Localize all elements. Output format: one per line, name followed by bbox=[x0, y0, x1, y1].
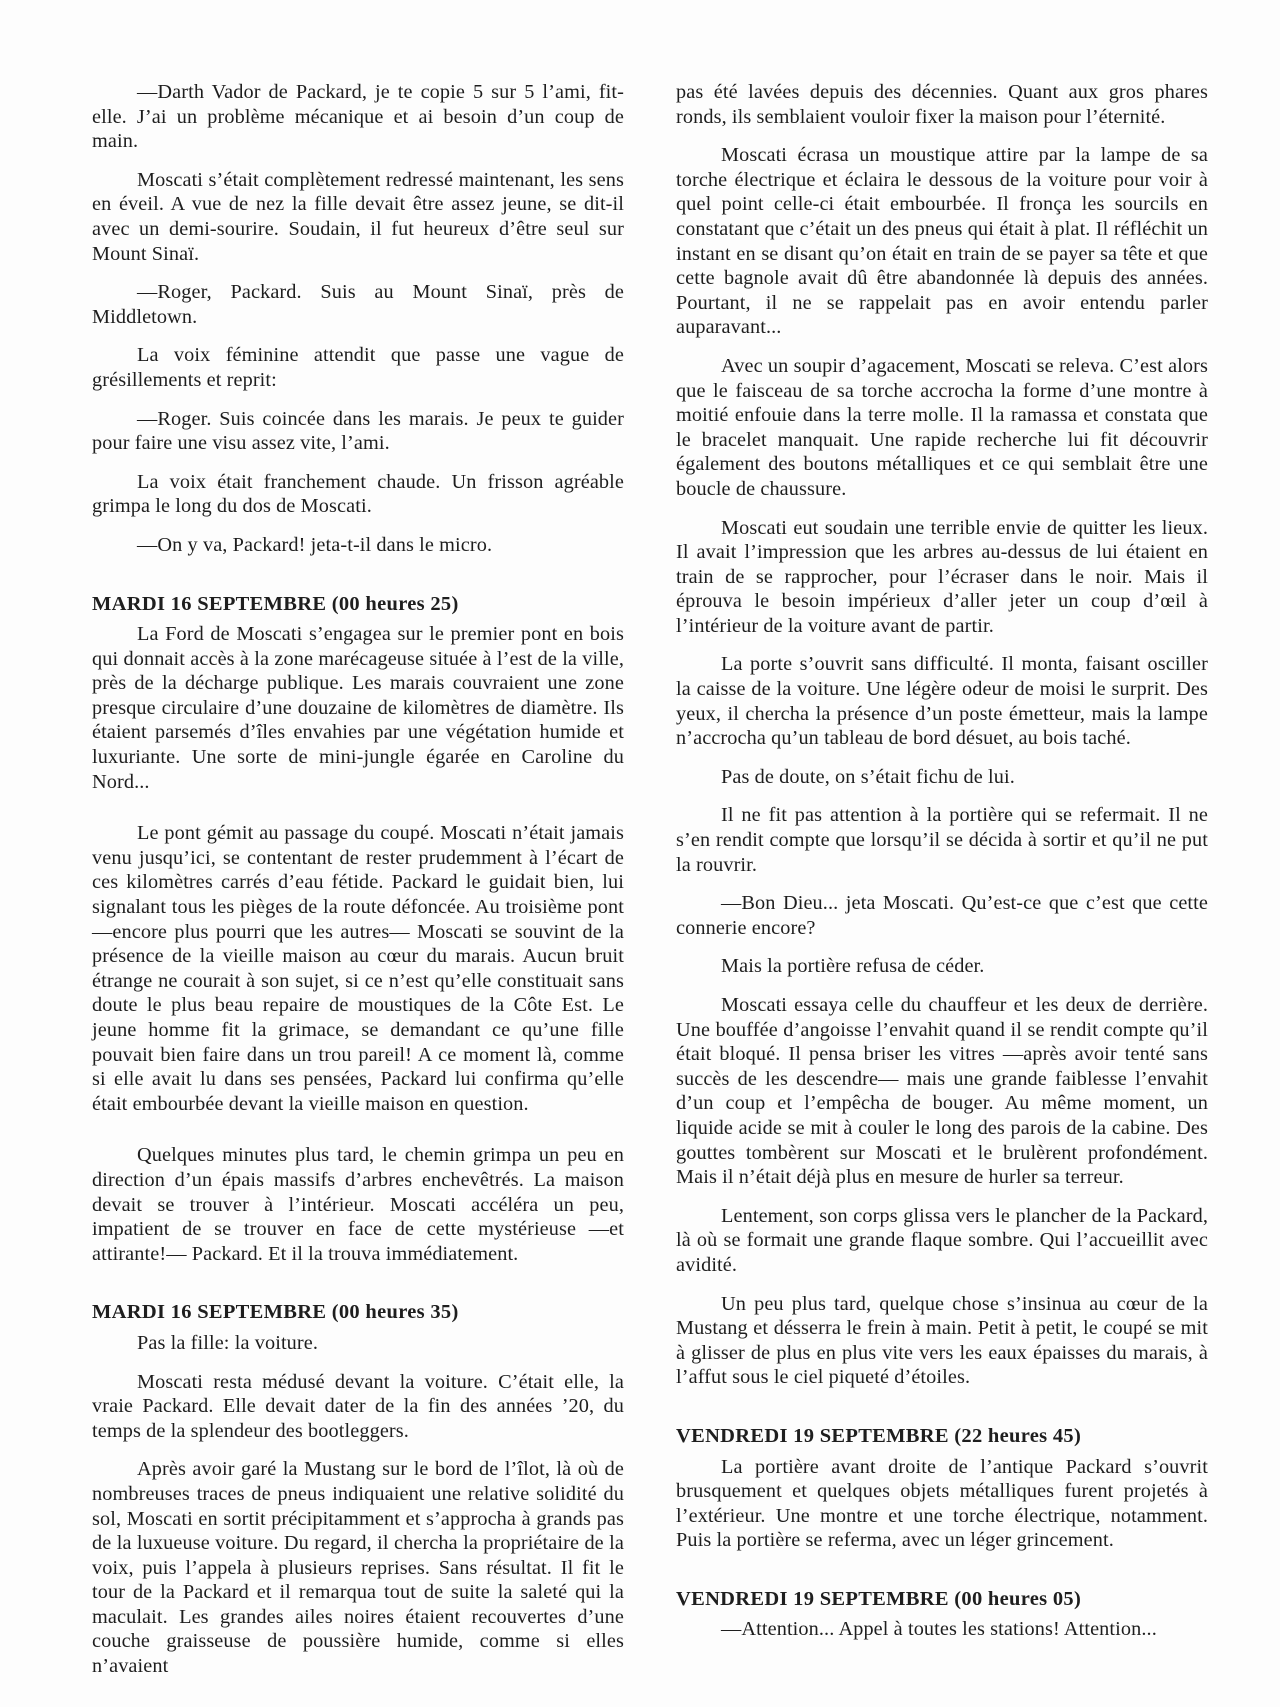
paragraph: Le pont gémit au passage du coupé. Mosca… bbox=[92, 821, 624, 1116]
paragraph: —Attention... Appel à toutes les station… bbox=[676, 1617, 1208, 1642]
paragraph: Avec un soupir d’agacement, Moscati se r… bbox=[676, 354, 1208, 502]
section-heading: VENDREDI 19 SEPTEMBRE (22 heures 45) bbox=[676, 1424, 1208, 1449]
paragraph: La Ford de Moscati s’engagea sur le prem… bbox=[92, 622, 624, 794]
paragraph: Quelques minutes plus tard, le chemin gr… bbox=[92, 1143, 624, 1266]
paragraph: —Bon Dieu... jeta Moscati. Qu’est-ce que… bbox=[676, 891, 1208, 940]
paragraph: Lentement, son corps glissa vers le plan… bbox=[676, 1204, 1208, 1278]
paragraph: La voix était franchement chaude. Un fri… bbox=[92, 470, 624, 519]
paragraph: Un peu plus tard, quelque chose s’insinu… bbox=[676, 1292, 1208, 1390]
paragraph: Il ne fit pas attention à la portière qu… bbox=[676, 803, 1208, 877]
paragraph: Moscati écrasa un moustique attire par l… bbox=[676, 143, 1208, 340]
paragraph: Moscati eut soudain une terrible envie d… bbox=[676, 516, 1208, 639]
paragraph: Moscati s’était complètement redressé ma… bbox=[92, 168, 624, 266]
paragraph: —Roger, Packard. Suis au Mount Sinaï, pr… bbox=[92, 280, 624, 329]
paragraph: —On y va, Packard! jeta-t-il dans le mic… bbox=[92, 533, 624, 558]
paragraph: Mais la portière refusa de céder. bbox=[676, 954, 1208, 979]
paragraph-continued: pas été lavées depuis des décennies. Qua… bbox=[676, 80, 1208, 129]
left-column: —Darth Vador de Packard, je te copie 5 s… bbox=[92, 80, 624, 1693]
section-heading: VENDREDI 19 SEPTEMBRE (00 heures 05) bbox=[676, 1587, 1208, 1612]
paragraph: —Darth Vador de Packard, je te copie 5 s… bbox=[92, 80, 624, 154]
scanned-page: —Darth Vador de Packard, je te copie 5 s… bbox=[0, 0, 1280, 1707]
paragraph: Après avoir garé la Mustang sur le bord … bbox=[92, 1457, 624, 1678]
paragraph: La porte s’ouvrit sans difficulté. Il mo… bbox=[676, 652, 1208, 750]
paragraph: Pas de doute, on s’était fichu de lui. bbox=[676, 765, 1208, 790]
paragraph: La voix féminine attendit que passe une … bbox=[92, 343, 624, 392]
paragraph: Moscati essaya celle du chauffeur et les… bbox=[676, 993, 1208, 1190]
paragraph: Pas la fille: la voiture. bbox=[92, 1331, 624, 1356]
right-column: pas été lavées depuis des décennies. Qua… bbox=[676, 80, 1208, 1656]
paragraph: Moscati resta médusé devant la voiture. … bbox=[92, 1370, 624, 1444]
section-heading: MARDI 16 SEPTEMBRE (00 heures 35) bbox=[92, 1300, 624, 1325]
paragraph: La portière avant droite de l’antique Pa… bbox=[676, 1455, 1208, 1553]
section-heading: MARDI 16 SEPTEMBRE (00 heures 25) bbox=[92, 592, 624, 617]
paragraph: —Roger. Suis coincée dans les marais. Je… bbox=[92, 407, 624, 456]
